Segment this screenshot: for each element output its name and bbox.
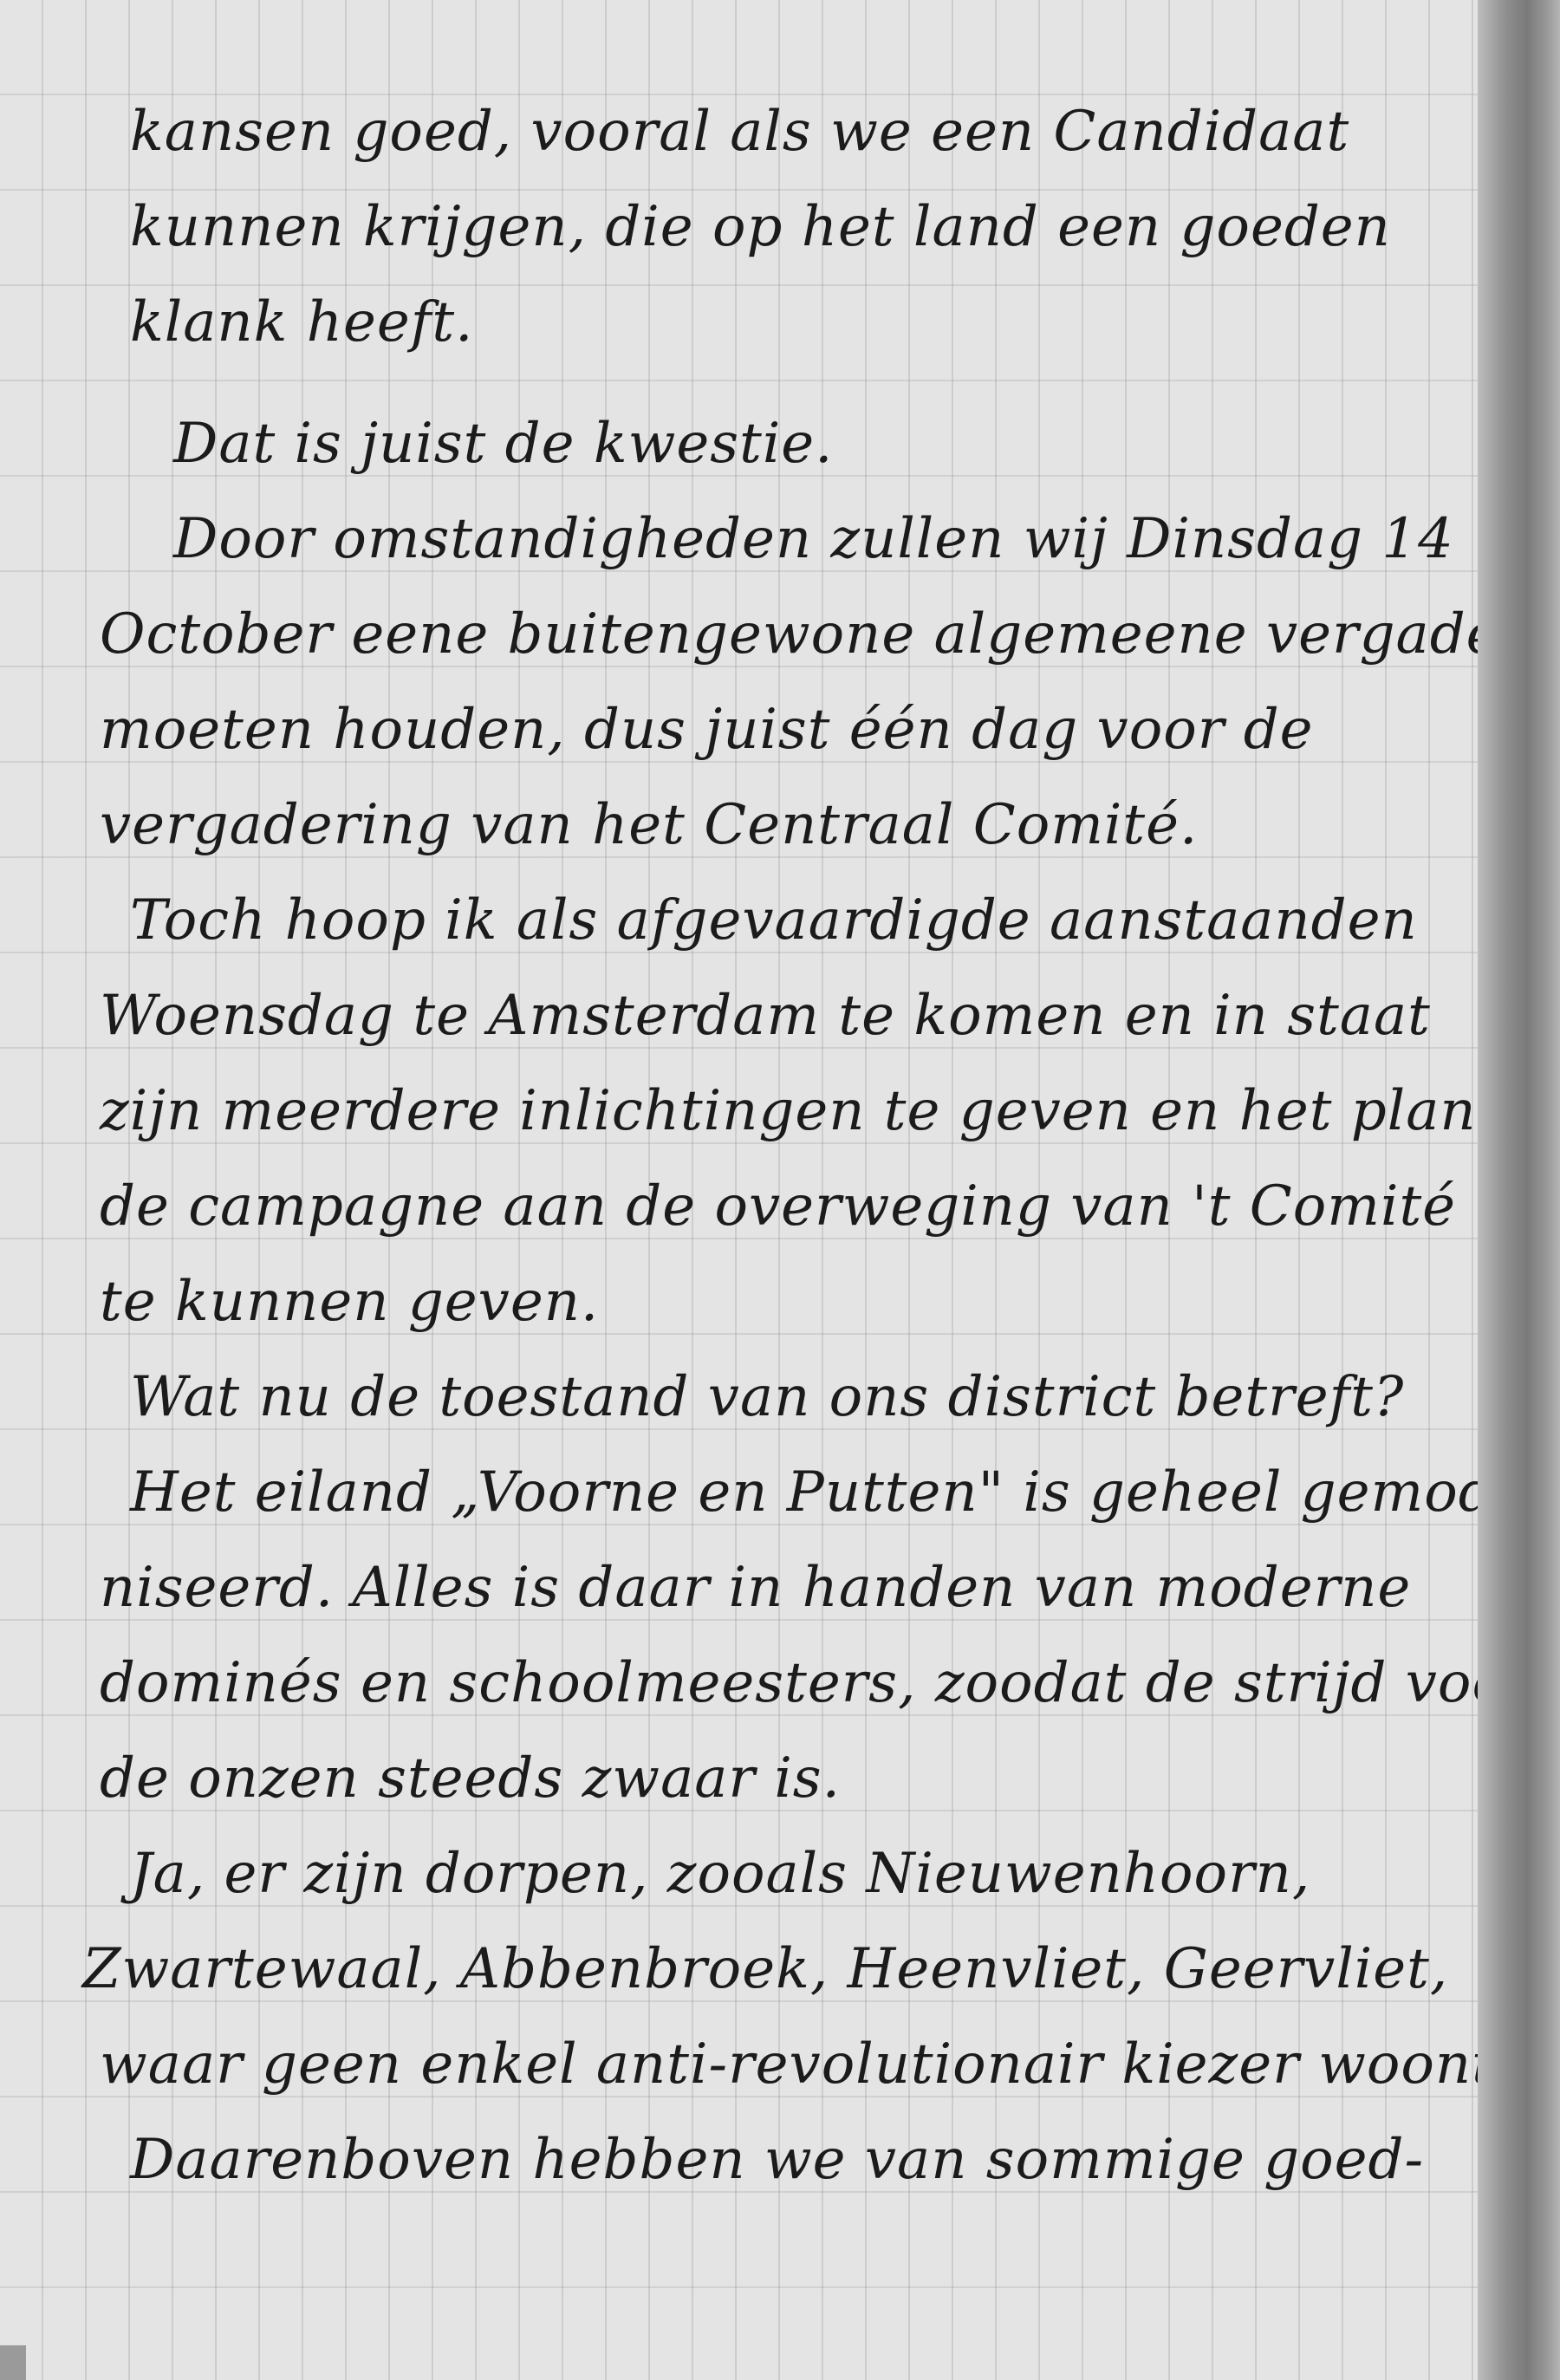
text-line: kunnen krijgen, die op het land een goed… — [130, 199, 1391, 255]
corner-mark — [0, 2345, 26, 2380]
text-line: Dat is juist de kwestie. — [173, 416, 834, 471]
handwritten-text-block: kansen goed, vooral als we een Candidaat… — [0, 0, 1473, 2380]
text-line: Daarenboven hebben we van sommige goed- — [130, 2132, 1424, 2188]
text-line: vergadering van het Centraal Comité. — [100, 797, 1198, 853]
text-line: kansen goed, vooral als we een Candidaat — [130, 104, 1349, 159]
text-line: Ja, er zijn dorpen, zooals Nieuwenhoorn, — [130, 1846, 1310, 1902]
text-line: Woensdag te Amsterdam te komen en in sta… — [100, 988, 1431, 1044]
text-line: October eene buitengewone algemeene verg… — [100, 607, 1560, 662]
text-line: moeten houden, dus juist één dag voor de — [100, 702, 1314, 758]
text-line: niseerd. Alles is daar in handen van mod… — [100, 1560, 1411, 1616]
text-line: Toch hoop ik als afgevaardigde aanstaand… — [130, 893, 1418, 948]
text-line: Het eiland „Voorne en Putten" is geheel … — [130, 1465, 1560, 1520]
text-line: dominés en schoolmeesters, zoodat de str… — [100, 1655, 1534, 1711]
text-line: Door omstandigheden zullen wij Dinsdag 1… — [173, 511, 1454, 567]
text-line: Wat nu de toestand van ons district betr… — [130, 1369, 1404, 1425]
text-line: de campagne aan de overweging van 't Com… — [100, 1179, 1456, 1234]
text-line: Zwartewaal, Abbenbroek, Heenvliet, Geerv… — [82, 1941, 1448, 1997]
text-line: de onzen steeds zwaar is. — [100, 1751, 841, 1806]
text-line: waar geen enkel anti-revolutionair kieze… — [100, 2037, 1513, 2092]
text-line: klank heeft. — [130, 295, 473, 350]
text-line: zijn meerdere inlichtingen te geven en h… — [100, 1083, 1477, 1139]
text-line: te kunnen geven. — [100, 1274, 599, 1330]
notebook-page: kansen goed, vooral als we een Candidaat… — [0, 0, 1560, 2380]
binding-shadow — [1478, 0, 1560, 2380]
